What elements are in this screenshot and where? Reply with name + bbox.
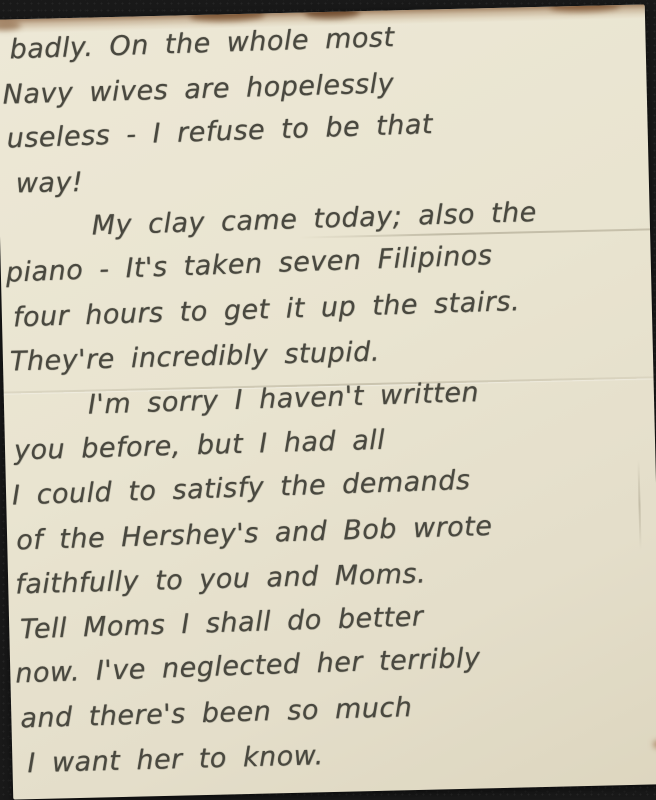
letter-page: badly. On the whole most Navy wives are … — [0, 4, 656, 799]
letter-text: badly. On the whole most Navy wives are … — [0, 13, 656, 786]
scanner-background: { "letter": { "kind": "handwritten lette… — [0, 0, 656, 800]
